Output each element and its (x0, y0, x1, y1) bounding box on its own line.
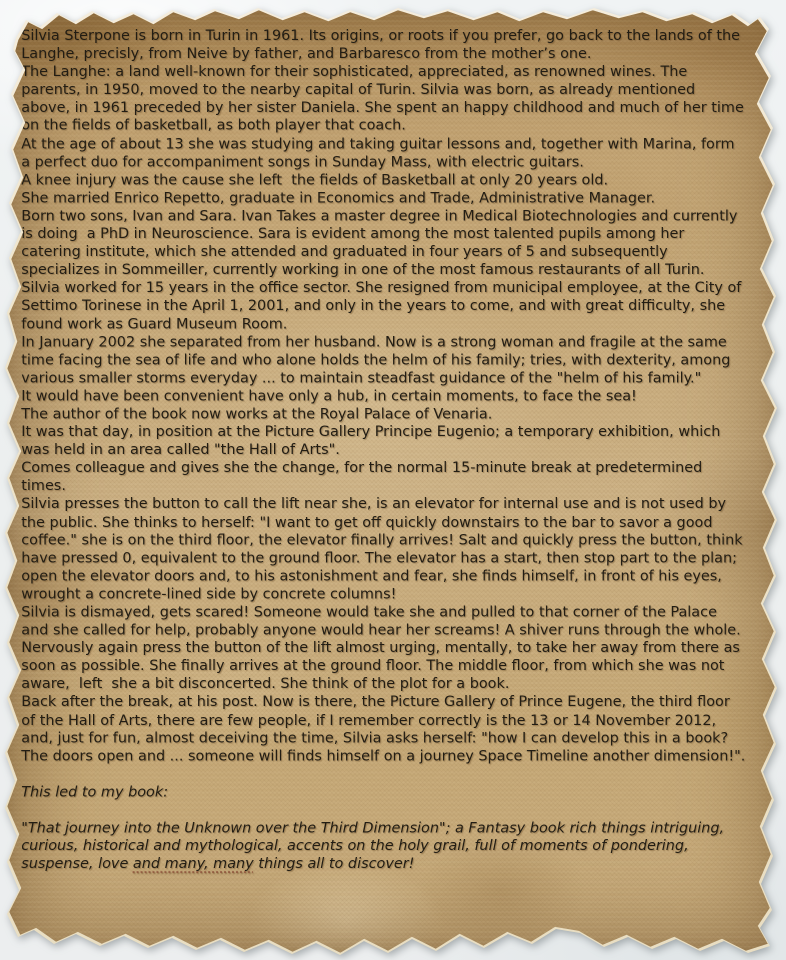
paragraph: It would have been convenient have only … (21, 387, 748, 405)
text-segment: things all to discover! (254, 856, 415, 872)
paragraph: Silvia worked for 15 years in the office… (21, 279, 748, 333)
page-background: Silvia Sterpone is born in Turin in 1961… (0, 0, 786, 960)
parchment-surface: Silvia Sterpone is born in Turin in 1961… (2, 2, 783, 957)
paragraph: "That journey into the Unknown over the … (21, 819, 748, 873)
paragraph: Back after the break, at his post. Now i… (21, 693, 748, 765)
paragraph: The author of the book now works at the … (21, 405, 748, 423)
spellcheck-underline: and many, many (133, 856, 254, 872)
document-text: Silvia Sterpone is born in Turin in 1961… (2, 2, 783, 957)
paragraph: Silvia Sterpone is born in Turin in 1961… (21, 27, 748, 63)
paragraph: Silvia is dismayed, gets scared! Someone… (21, 603, 748, 693)
paragraph: It was that day, in position at the Pict… (21, 423, 748, 459)
paragraph: Silvia presses the button to call the li… (21, 495, 748, 603)
paragraph: A knee injury was the cause she left the… (21, 171, 748, 189)
paragraph: This led to my book: (21, 783, 748, 801)
paragraph: She married Enrico Repetto, graduate in … (21, 189, 748, 207)
paragraph: Comes colleague and gives she the change… (21, 459, 748, 495)
paragraph: In January 2002 she separated from her h… (21, 333, 748, 387)
paragraph: Born two sons, Ivan and Sara. Ivan Takes… (21, 207, 748, 279)
paragraph: The Langhe: a land well-known for their … (21, 63, 748, 135)
paragraph: At the age of about 13 she was studying … (21, 135, 748, 171)
parchment-paper: Silvia Sterpone is born in Turin in 1961… (0, 0, 786, 960)
